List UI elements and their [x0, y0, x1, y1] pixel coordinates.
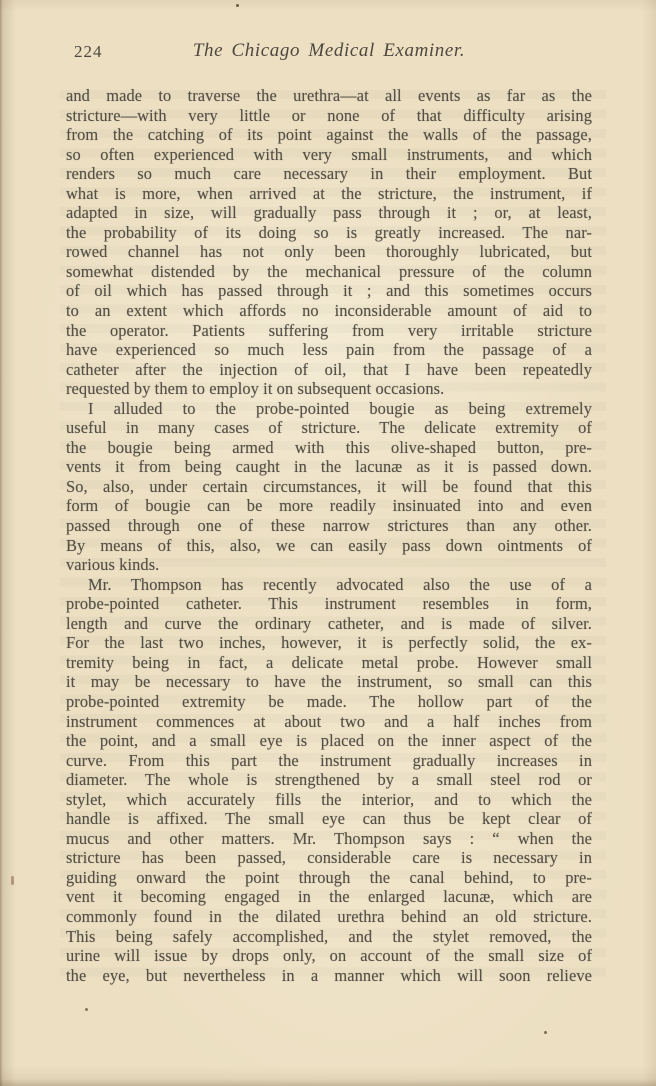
ink-speck — [85, 1008, 88, 1011]
text-line: stricture—with very little or none of th… — [66, 106, 592, 126]
text-line: the bougie being armed with this olive-s… — [66, 438, 592, 458]
text-line: requested by them to employ it on subseq… — [66, 379, 592, 399]
text-line: I alluded to the probe-pointed bougie as… — [66, 399, 592, 419]
text-line: passed through one of these narrow stric… — [66, 516, 592, 536]
text-line: adapted in size, will gradually pass thr… — [66, 203, 592, 223]
text-line: guiding onward the point through the can… — [66, 868, 592, 888]
text-line: of oil which has passed through it ; and… — [66, 281, 592, 301]
text-line: from the catching of its point against t… — [66, 125, 592, 145]
text-line: the operator. Patients suffering from ve… — [66, 321, 592, 341]
text-line: So, also, under certain circumstances, i… — [66, 477, 592, 497]
text-line: stricture has been passed, considerable … — [66, 848, 592, 868]
text-line: By means of this, also, we can easily pa… — [66, 536, 592, 556]
text-line: This being safely accomplished, and the … — [66, 927, 592, 947]
text-line: catheter after the injection of oil, tha… — [66, 360, 592, 380]
ink-speck — [11, 876, 14, 885]
text-line: it may be necessary to have the instrume… — [66, 672, 592, 692]
ink-speck — [544, 1031, 547, 1034]
text-line: the probability of its doing so is great… — [66, 223, 592, 243]
text-line: urine will issue by drops only, on accou… — [66, 946, 592, 966]
text-line: various kinds. — [66, 555, 592, 575]
text-line: useful in many cases of stricture. The d… — [66, 418, 592, 438]
text-line: mucus and other matters. Mr. Thompson sa… — [66, 829, 592, 849]
scanned-book-page: 224 The Chicago Medical Examiner. and ma… — [0, 0, 656, 1086]
text-line: somewhat distended by the mechanical pre… — [66, 262, 592, 282]
ink-speck — [236, 4, 239, 7]
text-line: tremity being in fact, a delicate metal … — [66, 653, 592, 673]
text-line: curve. From this part the instrument gra… — [66, 751, 592, 771]
text-line: instrument commences at about two and a … — [66, 712, 592, 732]
text-line: form of bougie can be more readily insin… — [66, 496, 592, 516]
text-line: the point, and a small eye is placed on … — [66, 731, 592, 751]
text-line: rowed channel has not only been thorough… — [66, 242, 592, 262]
text-line: vent it becoming engaged in the enlarged… — [66, 887, 592, 907]
text-line: commonly found in the dilated urethra be… — [66, 907, 592, 927]
running-head: 224 The Chicago Medical Examiner. — [66, 40, 592, 64]
page-body-text: and made to traverse the urethra—at all … — [66, 86, 592, 985]
text-line: so often experienced with very small ins… — [66, 145, 592, 165]
text-line: handle is affixed. The small eye can thu… — [66, 809, 592, 829]
text-line: probe-pointed catheter. This instrument … — [66, 594, 592, 614]
text-line: stylet, which accurately fills the inter… — [66, 790, 592, 810]
journal-title: The Chicago Medical Examiner. — [66, 40, 592, 62]
text-line: For the last two inches, however, it is … — [66, 633, 592, 653]
text-line: Mr. Thompson has recently advocated also… — [66, 575, 592, 595]
text-line: diameter. The whole is strengthened by a… — [66, 770, 592, 790]
text-line: renders so much care necessary in their … — [66, 164, 592, 184]
text-line: length and curve the ordinary catheter, … — [66, 614, 592, 634]
text-line: what is more, when arrived at the strict… — [66, 184, 592, 204]
text-line: the eye, but nevertheless in a manner wh… — [66, 966, 592, 986]
text-line: probe-pointed extremity be made. The hol… — [66, 692, 592, 712]
text-line: vents it from being caught in the lacunæ… — [66, 457, 592, 477]
text-line: have experienced so much less pain from … — [66, 340, 592, 360]
text-line: and made to traverse the urethra—at all … — [66, 86, 592, 106]
text-line: to an extent which affords no inconsider… — [66, 301, 592, 321]
